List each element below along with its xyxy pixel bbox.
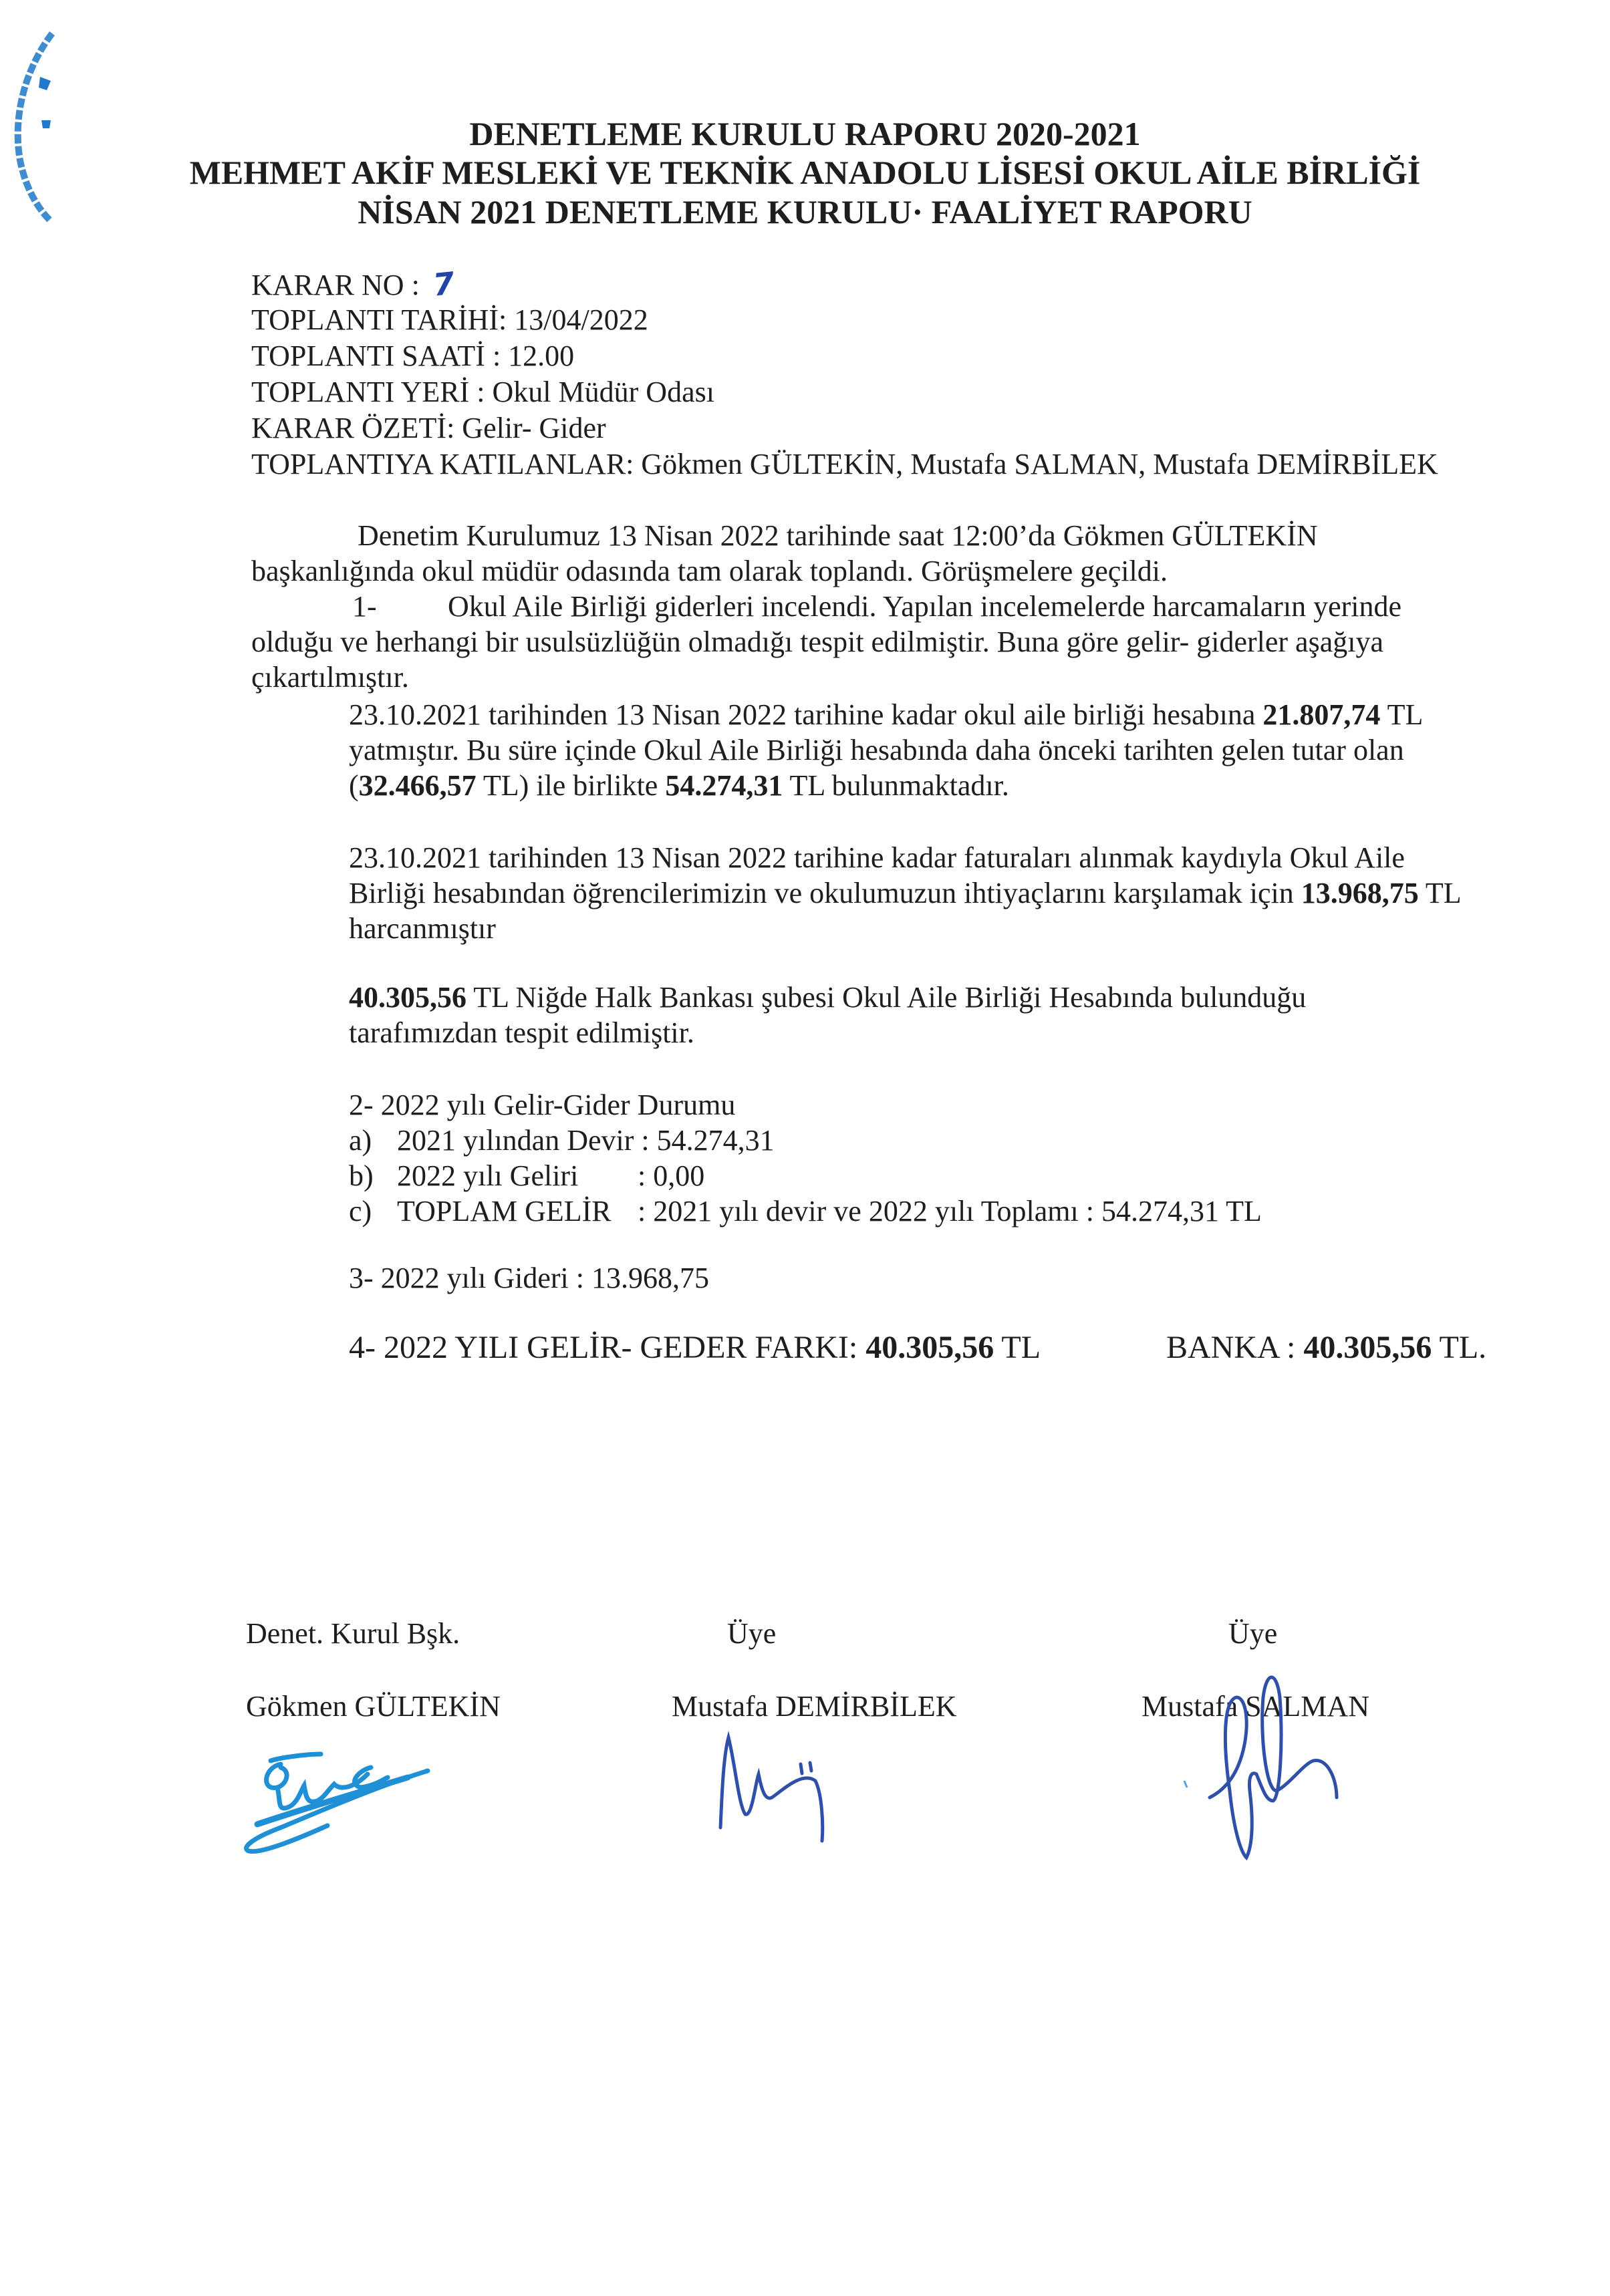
previous-balance-amount: 32.466,57 — [359, 769, 477, 802]
deposit-amount: 21.807,74 — [1262, 698, 1380, 731]
paren: ( — [349, 769, 359, 802]
total-balance-amount: 54.274,31 — [665, 769, 783, 802]
decision-number-value: 7 — [431, 265, 456, 303]
currency: TL — [1380, 698, 1423, 731]
row-marker: b) — [349, 1158, 397, 1194]
signature-name-2: Mustafa DEMİRBİLEK — [672, 1689, 957, 1725]
signature-3-icon — [1196, 1657, 1397, 1871]
bank-label: BANKA : — [1166, 1330, 1303, 1365]
row-label: TOPLAM GELİR — [397, 1193, 638, 1230]
expense-amount: 13.968,75 — [1301, 877, 1419, 909]
item-2-row-a: a)2021 yılından Devir : 54.274,31 — [349, 1123, 775, 1159]
signature-role-2: Üye — [727, 1616, 776, 1652]
item-1-line-2: olduğu ve herhangi bir usulsüzlüğün olma… — [251, 624, 1383, 660]
bank-total: BANKA : 40.305,56 TL. — [1166, 1330, 1486, 1366]
row-marker: a) — [349, 1123, 397, 1159]
signature-name-1: Gökmen GÜLTEKİN — [246, 1689, 501, 1725]
bank-balance-amount: 40.305,56 — [349, 981, 466, 1014]
decision-summary: KARAR ÖZETİ: Gelir- Gider — [251, 410, 606, 446]
decision-number-label: KARAR NO : — [251, 269, 420, 301]
item-3: 3- 2022 yılı Gideri : 13.968,75 — [349, 1260, 709, 1296]
item-2-row-b: b)2022 yılı Geliri: 0,00 — [349, 1158, 704, 1194]
attendees: TOPLANTIYA KATILANLAR: Gökmen GÜLTEKİN, … — [251, 446, 1438, 482]
signature-1-icon — [241, 1737, 454, 1851]
row-value: : 0,00 — [638, 1159, 704, 1192]
bank-line-1: 40.305,56 TL Niğde Halk Bankası şubesi O… — [349, 980, 1306, 1016]
bank-line-2: tarafımızdan tespit edilmiştir. — [349, 1015, 694, 1051]
row-value: : 54.274,31 — [641, 1124, 774, 1157]
expense-line-2: Birliği hesabından öğrencilerimizin ve o… — [349, 875, 1462, 911]
meeting-place: TOPLANTI YERİ : Okul Müdür Odası — [251, 374, 714, 410]
report-title: DENETLEME KURULU RAPORU 2020-2021 — [0, 114, 1610, 154]
report-subtitle: NİSAN 2021 DENETLEME KURULU· FAALİYET RA… — [0, 192, 1610, 232]
intro-line-1: Denetim Kurulumuz 13 Nisan 2022 tarihind… — [358, 518, 1318, 554]
income-line-2: yatmıştır. Bu süre içinde Okul Aile Birl… — [349, 732, 1404, 768]
item-1-line-1: Okul Aile Birliği giderleri incelendi. Y… — [448, 589, 1401, 625]
meeting-date: TOPLANTI TARİHİ: 13/04/2022 — [251, 302, 648, 338]
row-label: 2021 yılından Devir — [397, 1124, 634, 1157]
row-value: : 2021 yılı devir ve 2022 yılı Toplamı :… — [638, 1195, 1262, 1228]
bank-total-amount: 40.305,56 — [1303, 1330, 1432, 1365]
item-1-line-3: çıkartılmıştır. — [251, 660, 409, 696]
signature-role-1: Denet. Kurul Bşk. — [246, 1616, 460, 1652]
income-line-1: 23.10.2021 tarihinden 13 Nisan 2022 tari… — [349, 697, 1423, 733]
bank-text: TL Niğde Halk Bankası şubesi Okul Aile B… — [466, 981, 1306, 1014]
school-name-title: MEHMET AKİF MESLEKİ VE TEKNİK ANADOLU Lİ… — [0, 152, 1610, 192]
income-text: TL) ile birlikte — [477, 769, 666, 802]
item-2-heading: 2- 2022 yılı Gelir-Gider Durumu — [349, 1087, 735, 1123]
currency: TL — [1419, 877, 1462, 909]
signature-role-3: Üye — [1228, 1616, 1277, 1652]
difference-label: 4- 2022 YILI GELİR- GEDER FARKI: — [349, 1330, 865, 1365]
item-1-number: 1- — [352, 589, 377, 625]
meeting-time: TOPLANTI SAATİ : 12.00 — [251, 338, 574, 374]
decision-number: KARAR NO :7 — [251, 266, 454, 303]
currency: TL — [994, 1330, 1041, 1365]
difference-amount: 40.305,56 — [865, 1330, 994, 1365]
intro-line-2: başkanlığında okul müdür odasında tam ol… — [251, 553, 1168, 589]
currency: TL. — [1432, 1330, 1486, 1365]
row-marker: c) — [349, 1193, 397, 1230]
income-text: 23.10.2021 tarihinden 13 Nisan 2022 tari… — [349, 698, 1262, 731]
item-2-row-c: c)TOPLAM GELİR: 2021 yılı devir ve 2022 … — [349, 1193, 1262, 1230]
income-text: TL bulunmaktadır. — [783, 769, 1009, 802]
expense-line-3: harcanmıştır — [349, 911, 496, 947]
row-label: 2022 yılı Geliri — [397, 1158, 638, 1194]
item-4: 4- 2022 YILI GELİR- GEDER FARKI: 40.305,… — [349, 1330, 1041, 1366]
expense-line-1: 23.10.2021 tarihinden 13 Nisan 2022 tari… — [349, 840, 1405, 876]
income-line-3: (32.466,57 TL) ile birlikte 54.274,31 TL… — [349, 768, 1009, 804]
signature-2-icon — [708, 1731, 949, 1851]
expense-text: Birliği hesabından öğrencilerimizin ve o… — [349, 877, 1301, 909]
